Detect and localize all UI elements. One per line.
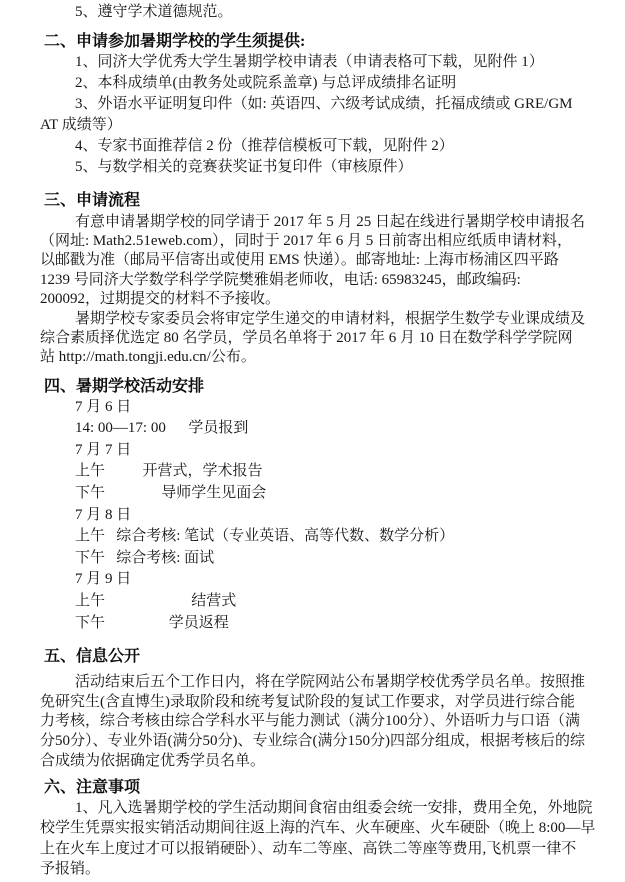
application-process-paragraph-2: 暑期学校专家委员会将审定学生递交的申请材料，根据学生数学专业课成绩及 综合素质择…	[40, 310, 585, 368]
schedule-row-date: 7 月 7 日	[40, 440, 585, 462]
schedule-row: 下午 导师学生见面会	[40, 483, 585, 505]
list-item: 2、本科成绩单(由教务处或院系盖章) 与总评成绩排名证明	[40, 73, 585, 94]
schedule-row: 上午 结营式	[40, 591, 585, 613]
paragraph-line: 暑期学校专家委员会将审定学生递交的申请材料，根据学生数学专业课成绩及	[40, 310, 585, 329]
paragraph-line: （网址: Math2.51eweb.com），同时于 2017 年 6 月 5 …	[40, 232, 585, 251]
paragraph-line: 分50分）、专业外语(满分50分)、专业综合(满分150分)四部分组成，根据考核…	[40, 732, 585, 752]
notes-paragraph: 1、凡入选暑期学校的学生活动期间食宿由组委会统一安排，费用全免，外地院 校学生凭…	[40, 798, 585, 879]
paragraph-line: 200092，过期提交的材料不予接收。	[40, 290, 585, 309]
schedule-row: 14: 00—17: 00 学员报到	[40, 418, 585, 440]
list-item-rule-5: 5、遵守学术道德规范。	[40, 2, 585, 23]
paragraph-line: 活动结束后五个工作日内，将在学院网站公布暑期学校优秀学员名单。按照推	[40, 673, 585, 693]
schedule-row-date: 7 月 9 日	[40, 569, 585, 591]
list-item: 5、与数学相关的竞赛获奖证书复印件（审核原件）	[40, 157, 585, 178]
paragraph-line: 校学生凭票实报实销活动期间往返上海的汽车、火车硬座、火车硬卧（晚上 8:00—早	[40, 818, 585, 838]
paragraph-line: 以邮戳为准（邮局平信寄出或使用 EMS 快递）。邮寄地址: 上海市杨浦区四平路	[40, 251, 585, 270]
paragraph-line: 力考核，综合考核由综合学科水平与能力测试（满分100分）、外语听力与口语（满	[40, 712, 585, 732]
section-heading-information-disclosure: 五、信息公开	[40, 646, 585, 667]
list-item: 1、同济大学优秀大学生暑期学校申请表（申请表格可下载，见附件 1）	[40, 52, 585, 73]
schedule-row: 下午 学员返程	[40, 613, 585, 635]
paragraph-line: 1239 号同济大学数学科学学院樊雅娟老师收，电话: 65983245，邮政编码…	[40, 271, 585, 290]
list-item: 4、专家书面推荐信 2 份（推荐信模板可下载，见附件 2）	[40, 136, 585, 157]
schedule-row: 上午 综合考核: 笔试（专业英语、高等代数、数学分析）	[40, 526, 585, 548]
section-heading-application-process: 三、申请流程	[40, 190, 585, 211]
information-disclosure-paragraph: 活动结束后五个工作日内，将在学院网站公布暑期学校优秀学员名单。按照推 免研究生(…	[40, 673, 585, 771]
section-heading-notes: 六、注意事项	[40, 777, 585, 798]
schedule-list: 7 月 6 日 14: 00—17: 00 学员报到 7 月 7 日 上午 开营…	[40, 397, 585, 635]
schedule-row-date: 7 月 6 日	[40, 397, 585, 419]
paragraph-line: 上在火车上度过才可以报销硬卧）、动车二等座、高铁二等座等费用,飞机票一律不	[40, 839, 585, 859]
application-process-paragraph-1: 有意申请暑期学校的同学请于 2017 年 5 月 25 日起在线进行暑期学校申请…	[40, 213, 585, 309]
section-heading-schedule: 四、暑期学校活动安排	[40, 376, 585, 397]
section-heading-materials: 二、申请参加暑期学校的学生须提供:	[40, 31, 585, 52]
schedule-row: 下午 综合考核: 面试	[40, 548, 585, 570]
paragraph-line: 有意申请暑期学校的同学请于 2017 年 5 月 25 日起在线进行暑期学校申请…	[40, 213, 585, 232]
list-item: 3、外语水平证明复印件（如: 英语四、六级考试成绩，托福成绩或 GRE/GM	[40, 94, 585, 115]
materials-list: 1、同济大学优秀大学生暑期学校申请表（申请表格可下载，见附件 1） 2、本科成绩…	[40, 52, 585, 178]
paragraph-line: 免研究生(含直博生)录取阶段和统考复试阶段的复试工作要求，对学员进行综合能	[40, 693, 585, 713]
schedule-row-date: 7 月 8 日	[40, 505, 585, 527]
schedule-row: 上午 开营式，学术报告	[40, 461, 585, 483]
list-item-continuation: AT 成绩等）	[40, 115, 585, 136]
paragraph-line: 合成绩为依据确定优秀学员名单。	[40, 752, 585, 772]
document-page: 5、遵守学术道德规范。 二、申请参加暑期学校的学生须提供: 1、同济大学优秀大学…	[0, 0, 625, 882]
paragraph-line: 站 http://math.tongji.edu.cn/公布。	[40, 348, 585, 367]
document-content: 5、遵守学术道德规范。 二、申请参加暑期学校的学生须提供: 1、同济大学优秀大学…	[0, 0, 625, 879]
paragraph-line: 1、凡入选暑期学校的学生活动期间食宿由组委会统一安排，费用全免，外地院	[40, 798, 585, 818]
paragraph-line: 综合素质择优选定 80 名学员，学员名单将于 2017 年 6 月 10 日在数…	[40, 329, 585, 348]
paragraph-line: 予报销。	[40, 859, 585, 879]
